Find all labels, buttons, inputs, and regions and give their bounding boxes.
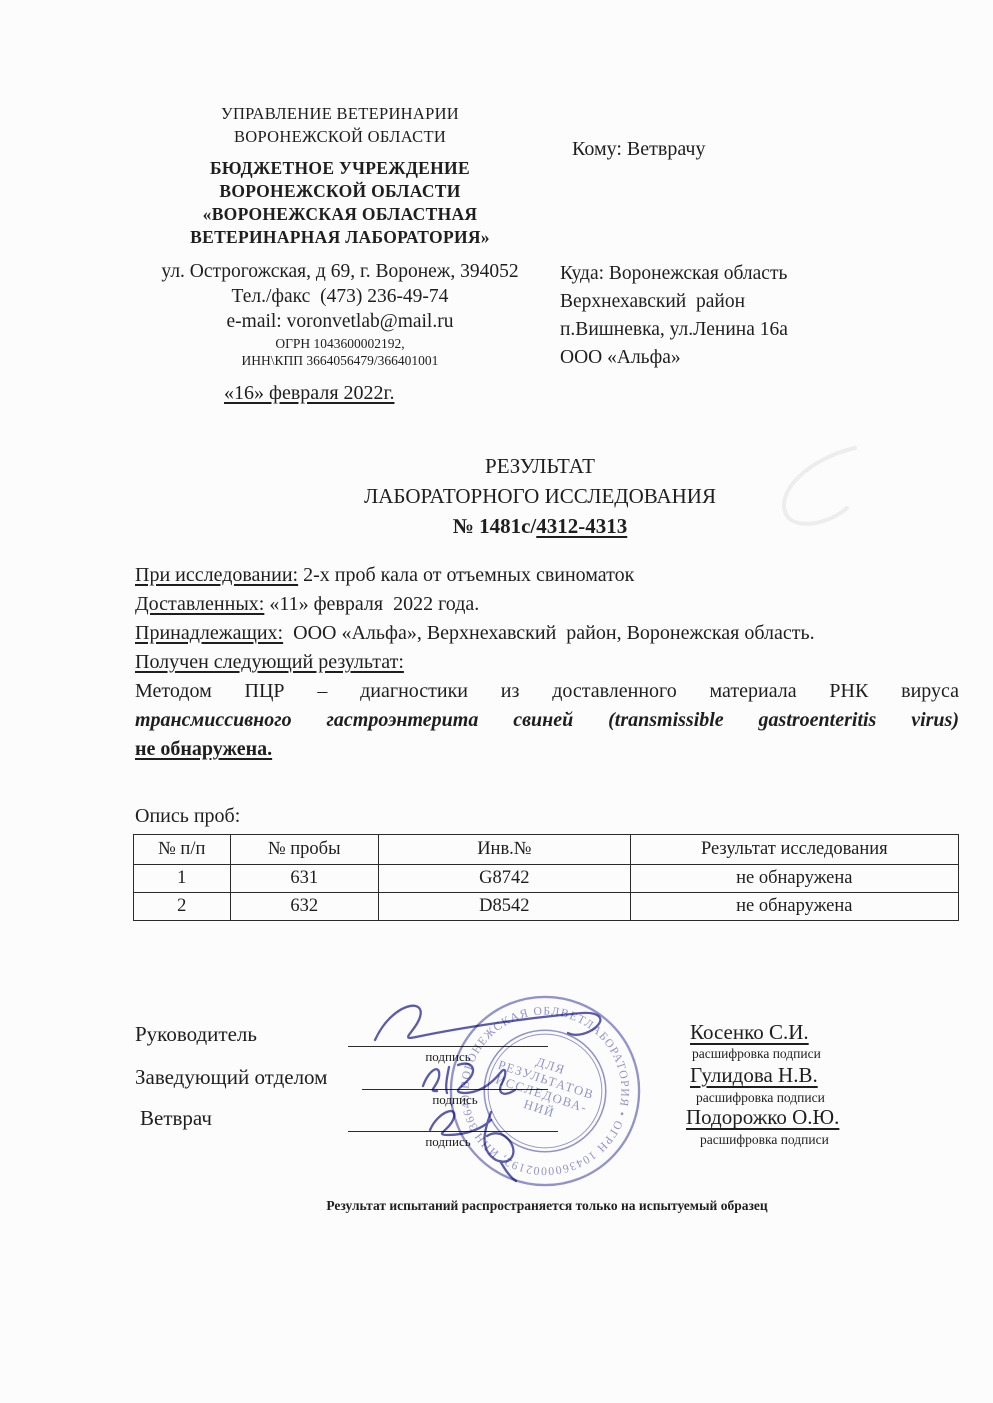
research-value: 2-х проб кала от отъемных свиноматок [298, 564, 634, 586]
document-number-suffix: 4312-4313 [536, 514, 627, 538]
belongs-label: Принадлежащих: [135, 622, 283, 644]
inn-kpp: ИНН\КПП 3664056479/366401001 [130, 352, 550, 369]
samples-caption: Опись проб: [135, 805, 240, 828]
org-line: ВОРОНЕЖСКОЙ ОБЛАСТИ [130, 180, 550, 203]
org-line: ВЕТЕРИНАРНАЯ ЛАБОРАТОРИЯ» [130, 226, 550, 249]
document-title: РЕЗУЛЬТАТ ЛАБОРАТОРНОГО ИССЛЕДОВАНИЯ № 1… [300, 451, 780, 541]
title-line-2: ЛАБОРАТОРНОГО ИССЛЕДОВАНИЯ [300, 481, 780, 511]
handwritten-signatures [330, 985, 660, 1185]
signature-stroke-director [375, 1006, 600, 1040]
scanned-document-page: УПРАВЛЕНИЕ ВЕТЕРИНАРИИ ВОРОНЕЖСКОЙ ОБЛАС… [0, 0, 993, 1403]
document-number: № 1481с/4312-4313 [300, 511, 780, 541]
signature-name-caption: расшифровка подписи [696, 1090, 825, 1106]
col-header-num: № п/п [134, 835, 231, 865]
cell-num: 1 [134, 865, 231, 893]
research-line: При исследовании: 2-х проб кала от отъем… [135, 561, 959, 590]
signature-name-caption: расшифровка подписи [700, 1132, 829, 1148]
signature-stroke-vet [430, 1111, 516, 1181]
org-line: БЮДЖЕТНОЕ УЧРЕЖДЕНИЕ [130, 157, 550, 180]
virus-line: трансмиссивного гастроэнтерита свиней (t… [135, 706, 959, 735]
table-row: 2 632 D8542 не обнаружена [134, 893, 959, 921]
recipient-address-line: Верхнехавский район [560, 288, 860, 316]
cell-inv-num: G8742 [379, 865, 631, 893]
email: e-mail: voronvetlab@mail.ru [130, 309, 550, 334]
signature-stroke-head [423, 1064, 515, 1094]
authority-line: УПРАВЛЕНИЕ ВЕТЕРИНАРИИ [150, 102, 530, 125]
authority-name: УПРАВЛЕНИЕ ВЕТЕРИНАРИИ ВОРОНЕЖСКОЙ ОБЛАС… [150, 102, 530, 148]
recipient-address-line: ООО «Альфа» [560, 344, 860, 372]
signature-name-gulidova: Гулидова Н.В. [690, 1063, 818, 1088]
phone-fax: Тел./факс (473) 236-49-74 [130, 284, 550, 309]
col-header-inv-num: Инв.№ [379, 835, 631, 865]
cell-num: 2 [134, 893, 231, 921]
conclusion: не обнаружена. [135, 738, 272, 760]
cell-sample-num: 631 [230, 865, 379, 893]
contact-block: ул. Острогожская, д 69, г. Воронеж, 3940… [130, 259, 550, 334]
recipient-to: Кому: Ветврачу [572, 138, 705, 161]
authority-line: ВОРОНЕЖСКОЙ ОБЛАСТИ [150, 125, 530, 148]
recipient-address: Куда: Воронежская область Верхнехавский … [560, 260, 860, 372]
col-header-sample-num: № пробы [230, 835, 379, 865]
delivered-value: «11» февраля 2022 года. [264, 593, 479, 615]
cell-result: не обнаружена [630, 893, 958, 921]
document-number-prefix: № 1481с/ [453, 514, 537, 538]
belongs-line: Принадлежащих: ООО «Альфа», Верхнехавски… [135, 619, 959, 648]
footer-disclaimer: Результат испытаний распространяется тол… [135, 1198, 959, 1214]
delivered-line: Доставленных: «11» февраля 2022 года. [135, 590, 959, 619]
signature-role-head-of-department: Заведующий отделом [135, 1065, 327, 1090]
result-intro: Получен следующий результат: [135, 651, 404, 673]
conclusion-line: не обнаружена. [135, 735, 959, 764]
cell-result: не обнаружена [630, 865, 958, 893]
research-label: При исследовании: [135, 564, 298, 586]
signature-name-kosenko: Косенко С.И. [690, 1020, 809, 1045]
recipient-address-line: п.Вишневка, ул.Ленина 16а [560, 316, 860, 344]
belongs-value: ООО «Альфа», Верхнехавский район, Вороне… [283, 622, 814, 644]
signature-name-podorozhko: Подорожко О.Ю. [686, 1105, 839, 1130]
samples-table: № п/п № пробы Инв.№ Результат исследован… [133, 834, 959, 921]
method-line: Методом ПЦР – диагностики из доставленно… [135, 677, 959, 706]
signature-role-director: Руководитель [135, 1022, 257, 1047]
cell-sample-num: 632 [230, 893, 379, 921]
scan-artifact-mark [755, 430, 885, 540]
recipient-address-line: Куда: Воронежская область [560, 260, 860, 288]
street-address: ул. Острогожская, д 69, г. Воронеж, 3940… [130, 259, 550, 284]
samples-header-row: № п/п № пробы Инв.№ Результат исследован… [134, 835, 959, 865]
signature-role-vet: Ветврач [140, 1106, 212, 1131]
result-intro-line: Получен следующий результат: [135, 648, 959, 677]
col-header-result: Результат исследования [630, 835, 958, 865]
delivered-label: Доставленных: [135, 593, 264, 615]
document-date: «16» февраля 2022г. [224, 382, 394, 405]
org-line: «ВОРОНЕЖСКАЯ ОБЛАСТНАЯ [130, 203, 550, 226]
table-row: 1 631 G8742 не обнаружена [134, 865, 959, 893]
ogrn: ОГРН 1043600002192, [130, 335, 550, 352]
title-line-1: РЕЗУЛЬТАТ [300, 451, 780, 481]
body-text: При исследовании: 2-х проб кала от отъем… [135, 561, 959, 764]
cell-inv-num: D8542 [379, 893, 631, 921]
organization-name: БЮДЖЕТНОЕ УЧРЕЖДЕНИЕ ВОРОНЕЖСКОЙ ОБЛАСТИ… [130, 157, 550, 249]
registration-numbers: ОГРН 1043600002192, ИНН\КПП 3664056479/3… [130, 335, 550, 369]
signature-name-caption: расшифровка подписи [692, 1046, 821, 1062]
